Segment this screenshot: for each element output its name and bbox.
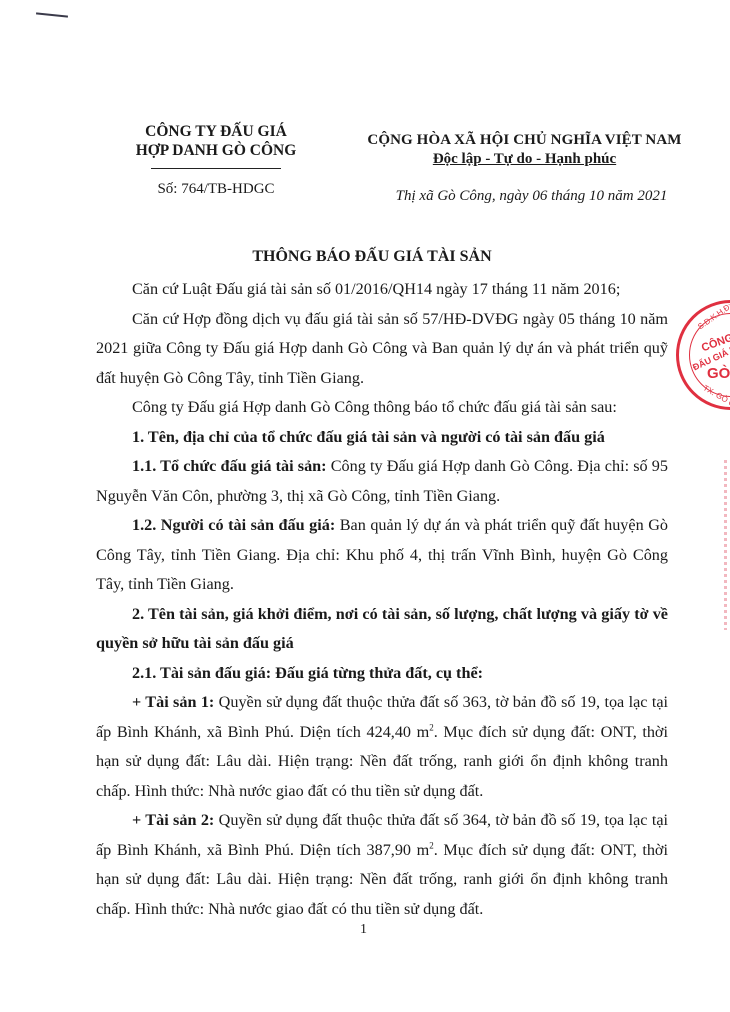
seal-edge-mark <box>724 460 727 630</box>
announcement-intro: Công ty Đấu giá Hợp danh Gò Công thông b… <box>96 393 668 423</box>
document-title: THÔNG BÁO ĐẤU GIÁ TÀI SẢN <box>0 248 730 266</box>
issuer-name-line1: CÔNG TY ĐẤU GIÁ <box>96 122 336 141</box>
asset-2-label: + Tài sản 2: <box>132 811 214 829</box>
national-header: CỘNG HÒA XÃ HỘI CHỦ NGHĨA VIỆT NAM Độc l… <box>352 132 697 205</box>
document-body: Căn cứ Luật Đấu giá tài sản số 01/2016/Q… <box>96 275 668 924</box>
section-1-2: 1.2. Người có tài sản đấu giá: Ban quản … <box>96 511 668 600</box>
section-1-heading: 1. Tên, địa chỉ của tổ chức đấu giá tài … <box>96 423 668 453</box>
document-number: Số: 764/TB-HDGC <box>96 181 336 198</box>
national-motto: Độc lập - Tự do - Hạnh phúc <box>352 151 697 168</box>
issuer-name-line2: HỢP DANH GÒ CÔNG <box>96 141 336 160</box>
issuer-underline <box>151 168 281 169</box>
national-title: CỘNG HÒA XÃ HỘI CHỦ NGHĨA VIỆT NAM <box>352 132 697 149</box>
scan-mark <box>36 12 68 17</box>
red-seal-stamp-icon: S.Đ.K.H.Đ: 03 - C CÔNG ĐẤU GIÁ H GÒ TX. … <box>676 300 730 410</box>
asset-1: + Tài sản 1: Quyền sử dụng đất thuộc thử… <box>96 688 668 806</box>
section-2-heading: 2. Tên tài sản, giá khởi điểm, nơi có tà… <box>96 600 668 659</box>
place-date: Thị xã Gò Công, ngày 06 tháng 10 năm 202… <box>352 188 697 205</box>
section-1-2-label: 1.2. Người có tài sản đấu giá: <box>132 516 335 534</box>
issuer-header: CÔNG TY ĐẤU GIÁ HỢP DANH GÒ CÔNG Số: 764… <box>96 122 336 198</box>
legal-basis-1: Căn cứ Luật Đấu giá tài sản số 01/2016/Q… <box>96 275 668 305</box>
section-1-1-label: 1.1. Tổ chức đấu giá tài sản: <box>132 457 327 475</box>
asset-2: + Tài sản 2: Quyền sử dụng đất thuộc thử… <box>96 806 668 924</box>
section-2-1-heading: 2.1. Tài sản đấu giá: Đấu giá từng thửa … <box>96 659 668 689</box>
asset-1-label: + Tài sản 1: <box>132 693 214 711</box>
legal-basis-2: Căn cứ Hợp đồng dịch vụ đấu giá tài sản … <box>96 305 668 394</box>
stamp-line3: GÒ <box>707 365 730 382</box>
section-1-1: 1.1. Tổ chức đấu giá tài sản: Công ty Đấ… <box>96 452 668 511</box>
page-number: 1 <box>360 922 367 938</box>
